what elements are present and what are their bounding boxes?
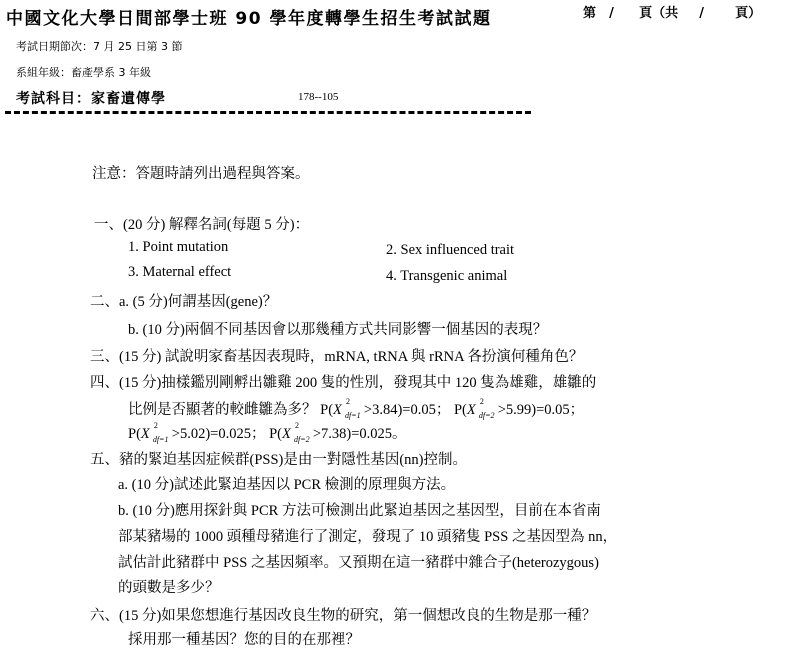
question-1-term-4: 4. Transgenic animal (386, 268, 507, 285)
question-4-line-1: 四、(15 分)抽樣鑑別剛孵出雛雞 200 隻的性別，發現其中 120 隻為雄雞… (90, 371, 596, 392)
header-divider (5, 111, 531, 114)
page-suffix: 頁） (735, 2, 761, 21)
question-5b-line-1: b. (10 分)應用探針與 PCR 方法可檢測出此緊迫基因之基因型，目前在本省… (118, 499, 601, 520)
question-1-term-3: 3. Maternal effect (128, 264, 231, 281)
question-5b-line-2: 部某豬場的 1000 頭種母豬進行了測定，發現了 10 頭豬隻 PSS 之基因型… (118, 525, 617, 546)
question-5b-line-4: 的頭數是多少？ (118, 576, 220, 597)
probability-2: P(X2df=2>5.99)=0.05； (454, 402, 584, 418)
notice: 注意：答題時請列出過程與答案。 (92, 162, 310, 183)
question-4-text: 比例是否顯著的較雌雛為多？ (128, 402, 317, 418)
page-number: / (601, 6, 623, 21)
page-total: / (683, 6, 721, 21)
question-5a: a. (10 分)試述此緊迫基因以 PCR 檢測的原理與方法。 (118, 473, 455, 494)
department: 系組年級：畜產學系 3 年級 (16, 64, 151, 80)
page-middle: 頁（共 (639, 2, 678, 21)
probability-3: P(X2df=1>5.02)=0.025； (128, 426, 265, 442)
question-1-heading: 一、(20 分) 解釋名詞(每題 5 分)： (94, 213, 309, 234)
exam-code: 178--105 (298, 91, 338, 103)
question-5b-line-3: 試估計此豬群中 PSS 之基因頻率。又預期在這一豬群中雜合子(heterozyg… (118, 551, 599, 572)
page-prefix: 第 (583, 2, 596, 21)
exam-subject: 考試科目：家畜遺傳學 (16, 88, 166, 108)
probability-4: P(X2df=2>7.38)=0.025。 (269, 426, 406, 442)
question-3: 三、(15 分) 試說明家畜基因表現時，mRNA, tRNA 與 rRNA 各扮… (90, 345, 583, 366)
question-1-term-1: 1. Point mutation (128, 239, 228, 256)
question-1-term-2: 2. Sex influenced trait (386, 242, 514, 259)
probability-1: P(X2df=1>3.84)=0.05； (320, 402, 450, 418)
question-4-line-2: 比例是否顯著的較雌雛為多？ P(X2df=1>3.84)=0.05； P(X2d… (128, 398, 584, 419)
question-5-heading: 五、豬的緊迫基因症候群(PSS)是由一對隱性基因(nn)控制。 (90, 448, 467, 469)
exam-title: 中國文化大學日間部學士班 90 學年度轉學生招生考試試題 (6, 4, 492, 29)
question-6-line-1: 六、(15 分)如果您想進行基因改良生物的研究，第一個想改良的生物是那一種？ (90, 604, 596, 625)
exam-session: 考試日期節次：7 月 25 日第 3 節 (16, 38, 182, 54)
question-2a: 二、a. (5 分)何謂基因(gene)？ (90, 290, 277, 311)
question-2b: b. (10 分)兩個不同基因會以那幾種方式共同影響一個基因的表現？ (128, 318, 547, 339)
question-4-line-3: P(X2df=1>5.02)=0.025； P(X2df=2>7.38)=0.0… (128, 422, 407, 443)
question-6-line-2: 採用那一種基因？您的目的在那裡？ (128, 628, 360, 649)
page-info: 第 / 頁（共 / 頁） (583, 2, 761, 21)
